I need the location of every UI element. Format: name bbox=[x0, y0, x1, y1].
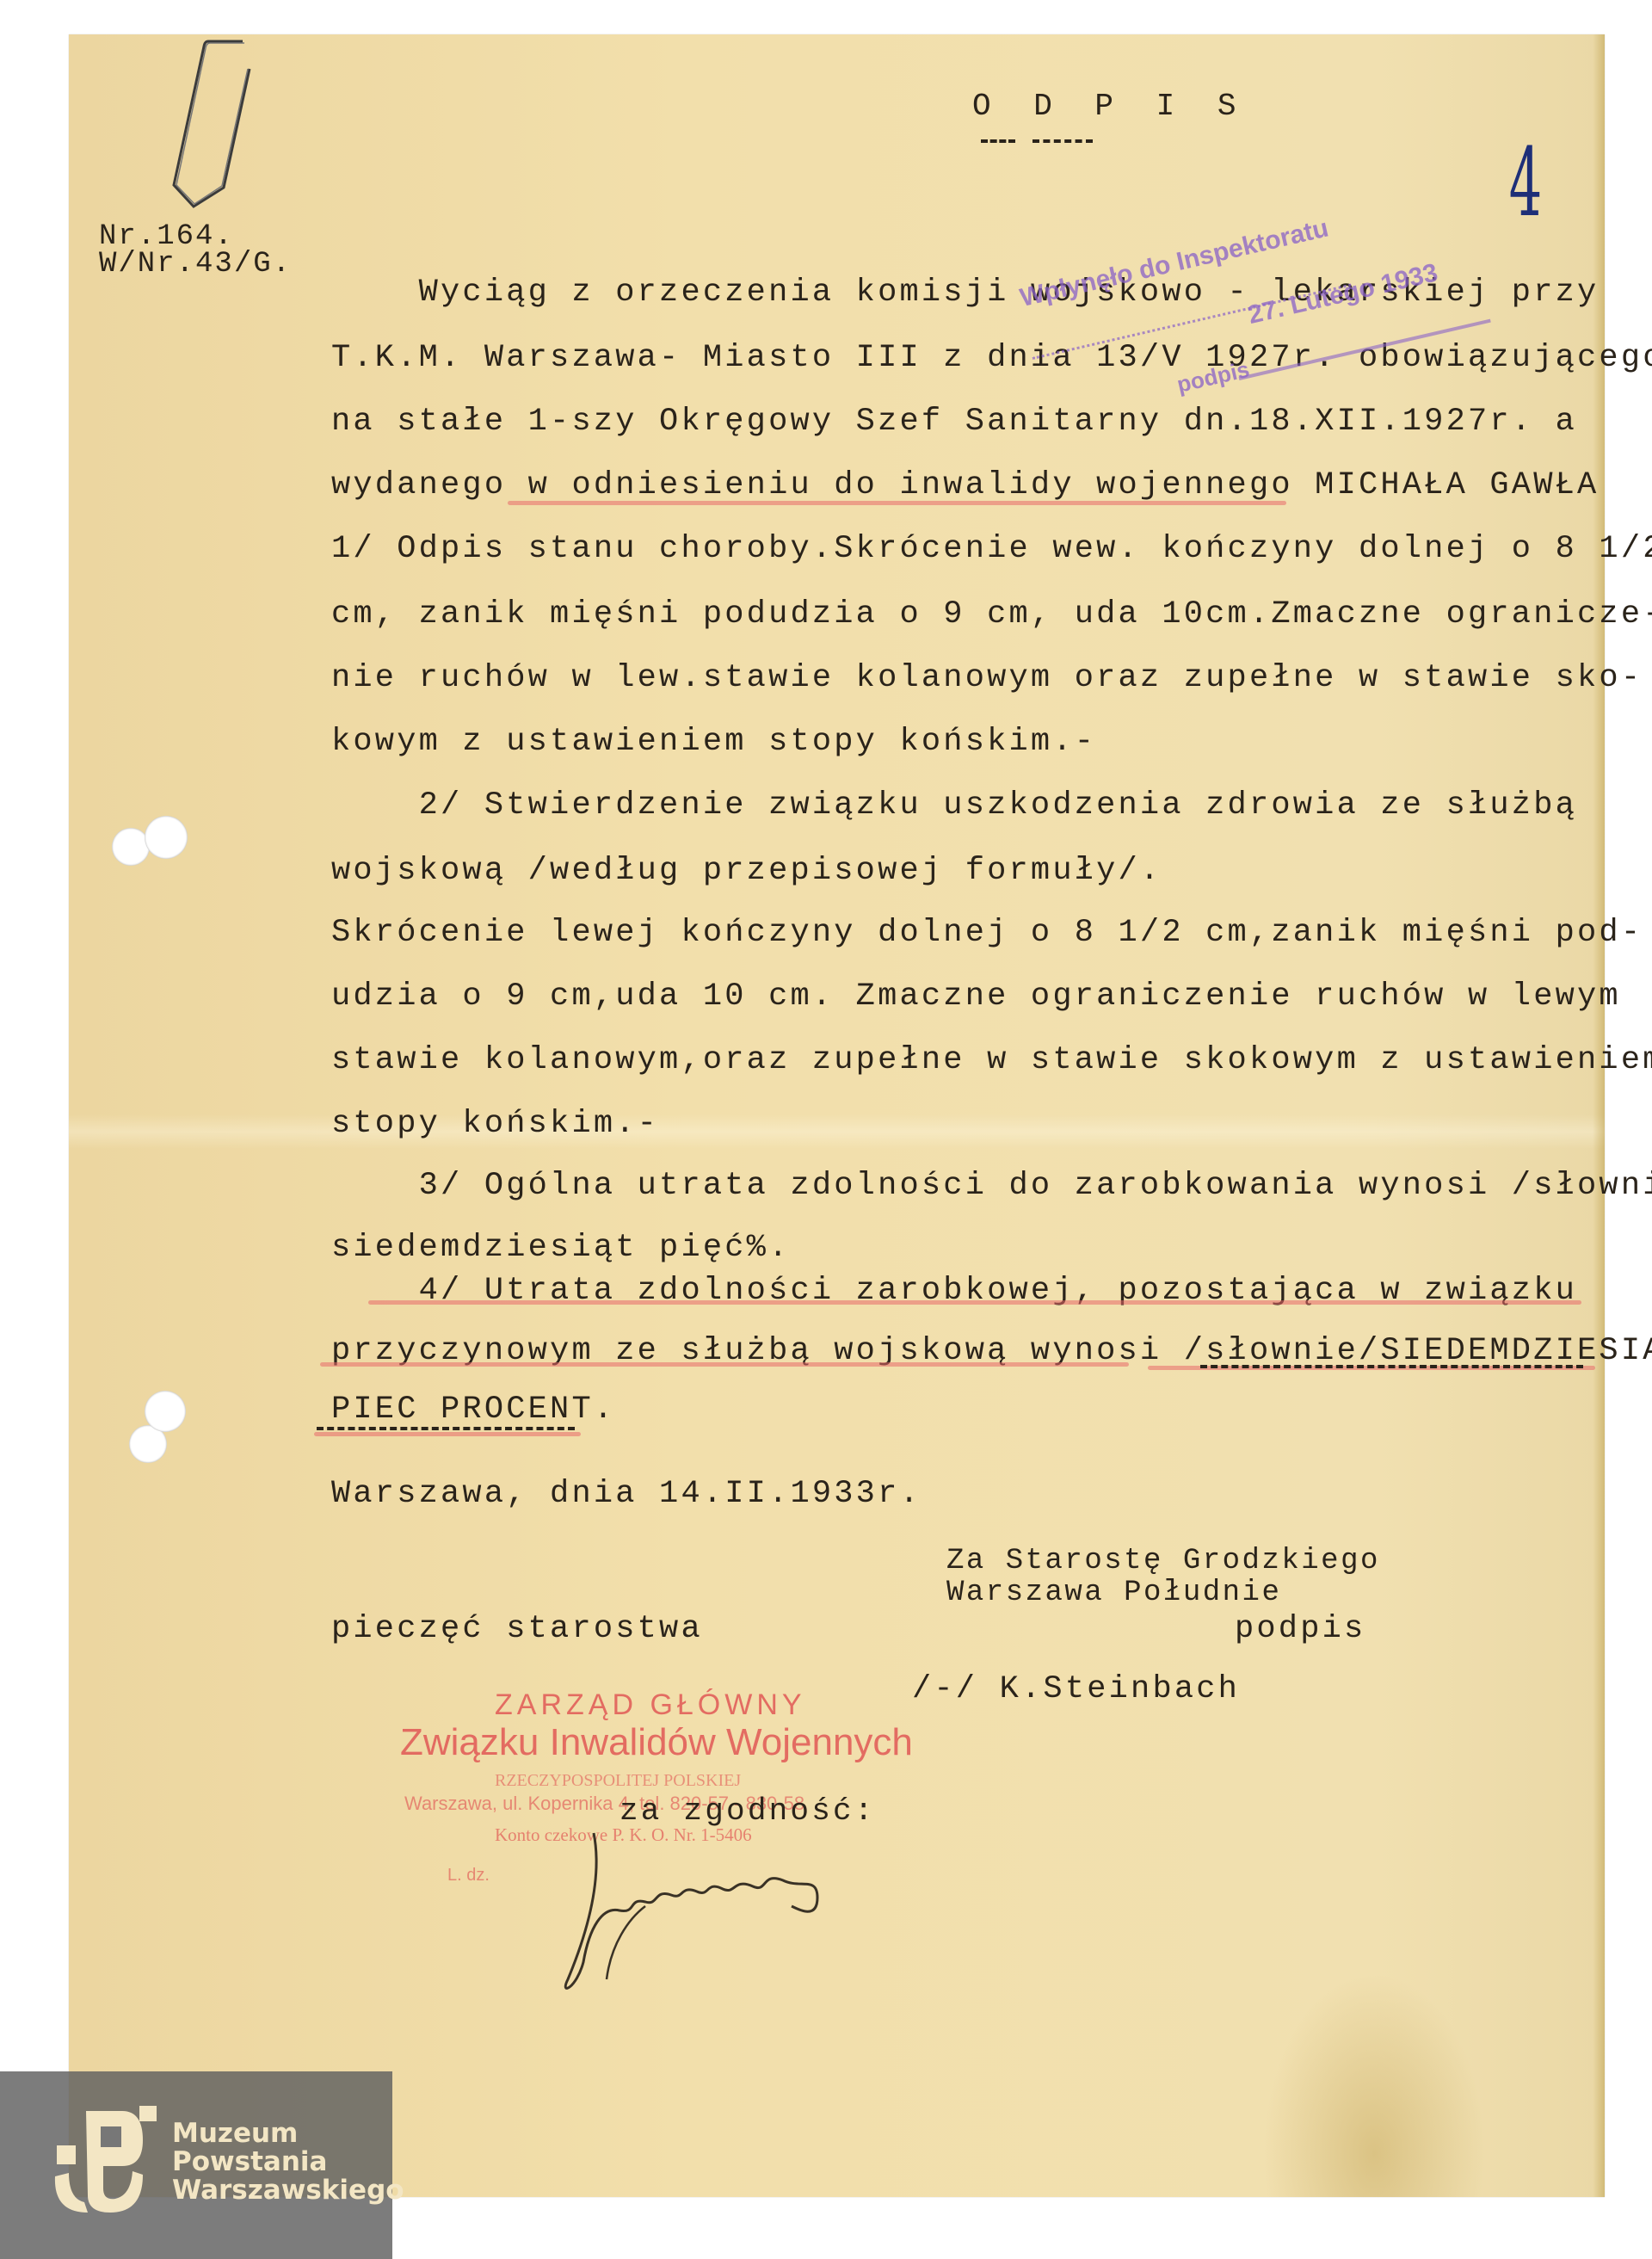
seal-label: pieczęć starostwa bbox=[331, 1614, 703, 1645]
typed-underline bbox=[317, 1427, 575, 1430]
reference-number: Nr.164. bbox=[99, 222, 234, 251]
point3-line: 3/ Ogólna utrata zdolności do zarobkowan… bbox=[331, 1170, 1652, 1202]
red-pencil-underline bbox=[320, 1362, 1129, 1367]
punch-hole bbox=[145, 816, 188, 859]
signatory-line1: Za Starostę Grodzkiego bbox=[946, 1546, 1380, 1576]
typed-underline bbox=[1200, 1365, 1583, 1368]
point4-line: PIEC PROCENT. bbox=[331, 1394, 615, 1426]
museum-watermark: Muzeum Powstania Warszawskiego bbox=[0, 2071, 392, 2259]
handwritten-signature bbox=[542, 1824, 869, 1997]
signatory-podpis: podpis bbox=[1235, 1614, 1365, 1645]
red-pencil-underline bbox=[508, 501, 1286, 505]
point1-line: kowym z ustawieniem stopy końskim.- bbox=[331, 726, 1096, 758]
watermark-line2: Powstania bbox=[172, 2147, 327, 2177]
handwritten-page-number: 4 bbox=[1509, 127, 1543, 238]
title-underline bbox=[1032, 139, 1093, 143]
point2-line: 2/ Stwierdzenie związku uszkodzenia zdro… bbox=[331, 790, 1577, 822]
signatory-line2: Warszawa Południe bbox=[946, 1578, 1281, 1608]
intro-line: wydanego w odniesieniu do inwalidy wojen… bbox=[331, 470, 1599, 502]
signed-name: /-/ K.Steinbach bbox=[912, 1674, 1240, 1706]
point1-line: nie ruchów w lew.stawie kolanowym oraz z… bbox=[331, 663, 1643, 694]
paperclip-icon bbox=[155, 34, 275, 224]
reference-w-number: W/Nr.43/G. bbox=[99, 250, 292, 279]
watermark-line1: Muzeum bbox=[172, 2119, 298, 2149]
place-date: Warszawa, dnia 14.II.1933r. bbox=[331, 1478, 922, 1510]
intro-line: T.K.M. Warszawa- Miasto III z dnia 13/V … bbox=[331, 343, 1652, 374]
point2-line: udzia o 9 cm,uda 10 cm. Zmaczne ogranicz… bbox=[331, 981, 1621, 1013]
watermark-line3: Warszawskiego bbox=[172, 2176, 404, 2206]
intro-line: na stałe 1-szy Okręgowy Szef Sanitarny d… bbox=[331, 406, 1577, 438]
point2-line: stopy końskim.- bbox=[331, 1108, 659, 1140]
point1-line: 1/ Odpis stanu choroby.Skrócenie wew. ko… bbox=[331, 534, 1652, 565]
red-pencil-underline bbox=[368, 1300, 1581, 1305]
title-underline bbox=[981, 139, 1015, 143]
red-pencil-underline bbox=[314, 1432, 581, 1436]
conformity-label: za zgodność: bbox=[619, 1796, 876, 1827]
red-stamp-line2: Związku Inwalidów Wojennych bbox=[400, 1721, 913, 1764]
red-stamp-line1: ZARZĄD GŁÓWNY bbox=[495, 1688, 806, 1722]
point2-line: Skrócenie lewej kończyny dolnej o 8 1/2 … bbox=[331, 917, 1643, 949]
red-stamp-line6: L. dz. bbox=[447, 1866, 490, 1886]
museum-logo-icon bbox=[53, 2106, 157, 2218]
point1-line: cm, zanik mięśni podudzia o 9 cm, uda 10… bbox=[331, 599, 1652, 631]
point2-line: stawie kolanowym,oraz zupełne w stawie s… bbox=[331, 1045, 1652, 1077]
document-title: O D P I S bbox=[972, 91, 1248, 122]
punch-hole bbox=[145, 1391, 186, 1432]
point2-line: wojskową /według przepisowej formuły/. bbox=[331, 855, 1162, 887]
paper-fold-crease bbox=[69, 1114, 1605, 1149]
point3-line: siedemdziesiąt pięć%. bbox=[331, 1232, 790, 1264]
red-stamp-line3: RZECZYPOSPOLITEJ POLSKIEJ bbox=[495, 1771, 741, 1791]
